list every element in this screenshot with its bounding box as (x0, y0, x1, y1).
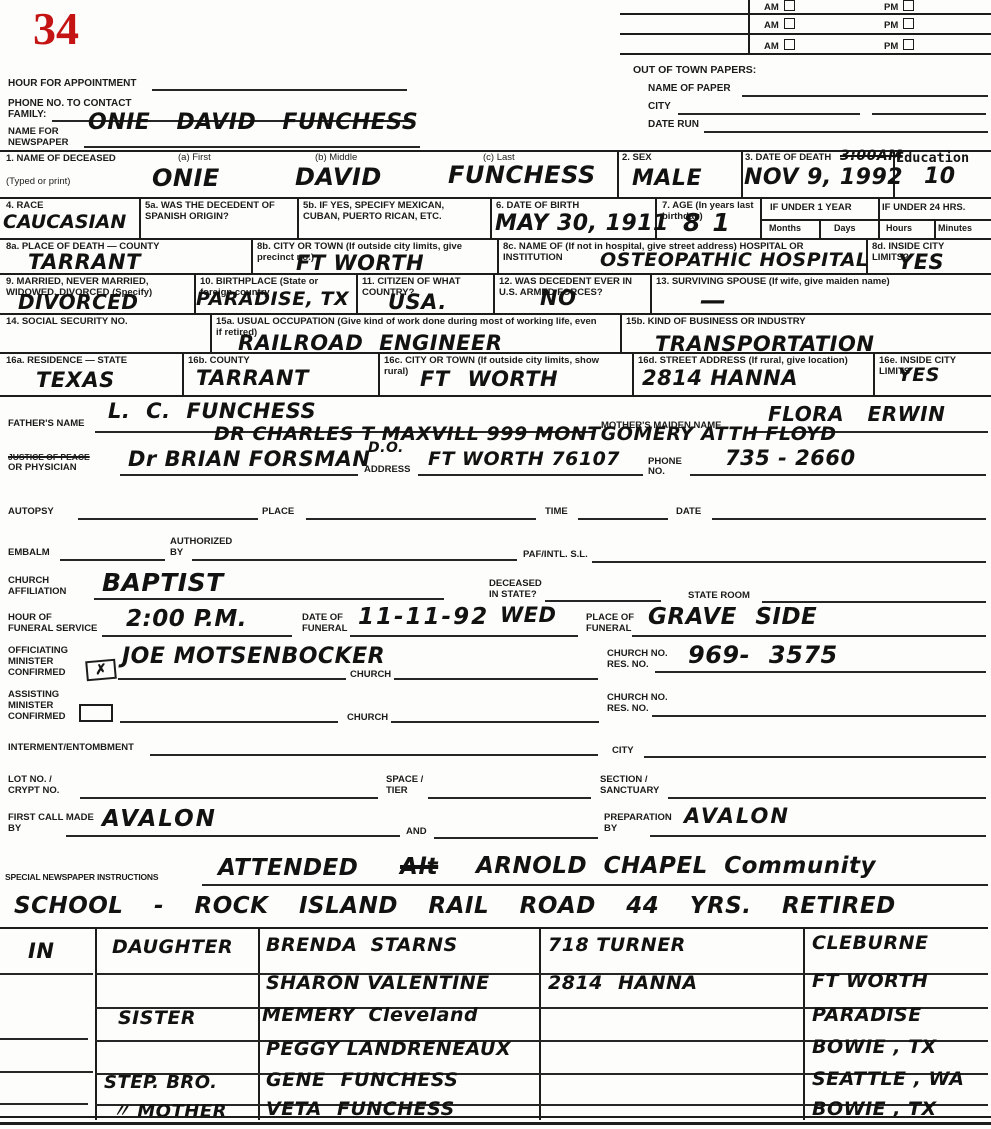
interment-label: INTERMENT/ENTOMBMENT (8, 742, 134, 753)
am-label: AM (764, 2, 779, 13)
physician-value: Dr BRIAN FORSMAN (128, 449, 370, 470)
grid-divider (251, 238, 253, 273)
months-label: Months (769, 223, 801, 234)
instructions-struck-word: Alt (400, 856, 438, 879)
interment-city-blank-line (644, 756, 986, 758)
physician-title-value: D.O. (368, 441, 404, 455)
officiating-minister-value: JOE MOTSENBOCKER (122, 646, 385, 668)
relative-relation: DAUGHTER (112, 938, 233, 957)
relative-relation: SISTER (118, 1009, 196, 1028)
section-blank-line (668, 797, 986, 799)
first-name-value: ONIE (152, 166, 220, 190)
embalm-label: EMBALM (8, 547, 50, 558)
in-state-label: IN STATE? (489, 589, 537, 600)
relative-city: BOWIE , TX (812, 1038, 937, 1057)
in-state-blank-line (545, 600, 661, 602)
authorized-by-blank-line (192, 559, 517, 561)
state-room-blank-line (762, 601, 986, 603)
margin-rule (0, 1038, 88, 1040)
assisting-minister-label: MINISTER (8, 700, 53, 711)
occupation-value: RAILROAD ENGINEER (238, 333, 503, 354)
authorized-label: AUTHORIZED (170, 536, 232, 547)
birthplace-value: PARADISE, TX (196, 290, 349, 309)
assisting-church-blank-line (391, 721, 599, 723)
grid-subdivider (934, 219, 936, 238)
assisting-label: ASSISTING (8, 689, 59, 700)
paf-intl-label: PAF/INTL. S.L. (523, 549, 588, 560)
pm-checkbox-icon (903, 39, 914, 50)
church-label: CHURCH (8, 575, 49, 586)
grid-divider (873, 352, 875, 395)
officiating-name-blank-line (118, 678, 346, 680)
space-label: SPACE / (386, 774, 423, 785)
schedule-row-divider (620, 33, 991, 35)
preparation-by-value: AVALON (684, 806, 790, 827)
grid-divider (760, 197, 762, 238)
interment-city-label: CITY (612, 745, 634, 756)
paf-intl-blank-line (592, 561, 986, 563)
relative-relation: STEP. BRO. (104, 1074, 218, 1092)
officiating-res-no-blank-line (655, 671, 986, 673)
last-name-value: FUNCHESS (448, 163, 596, 187)
or-physician-label: OR PHYSICIAN (8, 462, 77, 473)
funeral-date-value: 11-11-92 (358, 606, 489, 629)
address-blank-line (418, 474, 643, 476)
autopsy-label: AUTOPSY (8, 506, 54, 517)
schedule-column-divider (748, 0, 750, 55)
instructions-line1-a: ATTENDED (218, 857, 358, 880)
residence-limits-value: YES (898, 366, 940, 385)
special-instructions-label: SPECIAL NEWSPAPER INSTRUCTIONS (5, 872, 158, 882)
funeral-hour-blank-line (102, 635, 292, 637)
physician-blank-line (120, 474, 358, 476)
grid-divider (650, 273, 652, 313)
name-of-deceased-sublabel: (Typed or print) (6, 176, 70, 187)
lot-blank-line (80, 797, 378, 799)
pm-label: PM (884, 41, 898, 52)
newspaper-label: NEWSPAPER (8, 137, 69, 148)
funeral-service-label: FUNERAL SERVICE (8, 623, 97, 634)
relative-city: FT WORTH (812, 972, 928, 991)
grid-divider (378, 352, 380, 395)
street-address-label: 16d. STREET ADDRESS (If rural, give loca… (638, 355, 848, 366)
armed-forces-value: NO (540, 288, 576, 309)
relative-name: PEGGY LANDRENEAUX (266, 1040, 511, 1059)
residence-county-value: TARRANT (196, 368, 309, 389)
preparation-by-label: BY (604, 823, 617, 834)
relative-city: CLEBURNE (812, 934, 928, 953)
date-run-label: DATE RUN (648, 119, 699, 131)
date-of-death-value: NOV 9, 1992 (744, 167, 903, 189)
grid-divider (620, 313, 622, 352)
place-of-label: PLACE OF (586, 612, 634, 623)
am-checkbox-icon (784, 39, 795, 50)
industry-value: TRANSPORTATION (655, 334, 874, 355)
funeral-date-blank-line (350, 635, 578, 637)
minutes-label: Minutes (938, 223, 972, 234)
residence-state-value: TEXAS (36, 370, 115, 391)
officiating-label: OFFICIATING (8, 645, 68, 656)
grid-divider (632, 352, 634, 395)
place-of-death-city-value: FT WORTH (296, 253, 424, 274)
city-label: CITY (648, 101, 671, 113)
relative-city: PARADISE (812, 1006, 922, 1025)
grid-divider (741, 150, 743, 197)
education-value: 10 (924, 166, 956, 188)
name-of-deceased-label: 1. NAME OF DECEASED (6, 153, 116, 164)
hospital-value: OSTEOPATHIC HOSPITAL (600, 251, 869, 270)
ssn-label: 14. SOCIAL SECURITY NO. (6, 316, 128, 327)
pm-checkbox-icon (903, 18, 914, 29)
crypt-no-label: CRYPT NO. (8, 785, 59, 796)
autopsy-date-label: DATE (676, 506, 701, 517)
pm-label: PM (884, 2, 898, 13)
relatives-column-divider (539, 929, 541, 1120)
race-label: 4. RACE (6, 200, 43, 211)
residence-city-value: FT WORTH (420, 369, 558, 390)
section-label: SECTION / (600, 774, 648, 785)
date-of-birth-value: MAY 30, 1911 (495, 213, 669, 235)
inside-city-limits-value: YES (898, 252, 944, 273)
out-of-town-title: OUT OF TOWN PAPERS: (633, 64, 756, 76)
hours-label: Hours (886, 223, 912, 234)
phone-value: 735 - 2660 (725, 448, 856, 469)
grid-border (0, 238, 991, 240)
grid-border (0, 197, 991, 199)
days-label: Days (834, 223, 856, 234)
am-label: AM (764, 41, 779, 52)
space-tier-blank-line (428, 797, 591, 799)
autopsy-blank-line (78, 518, 258, 520)
autopsy-place-label: PLACE (262, 506, 294, 517)
tier-label: TIER (386, 785, 408, 796)
authorized-by-label: BY (170, 547, 183, 558)
funeral-label: FUNERAL (302, 623, 347, 634)
affiliation-value: BAPTIST (102, 570, 224, 595)
place-of-death-county-value: TARRANT (28, 252, 141, 273)
citizen-value: USA. (388, 292, 447, 313)
schedule-am-option: AM (764, 39, 795, 52)
industry-label: 15b. KIND OF BUSINESS OR INDUSTRY (626, 316, 806, 327)
assisting-confirmed-label: CONFIRMED (8, 711, 66, 722)
relative-name: MEMERY Cleveland (262, 1006, 478, 1025)
residence-county-label: 16b. COUNTY (188, 355, 250, 366)
embalm-blank-line (60, 559, 165, 561)
middle-name-label: (b) Middle (315, 152, 357, 163)
newspaper-name-value: ONIE DAVID FUNCHESS (88, 112, 418, 134)
relative-name: BRENDA STARNS (266, 936, 458, 955)
first-call-blank-line (66, 835, 400, 837)
sex-label: 2. SEX (622, 152, 652, 163)
funeral-place-blank-line (632, 635, 986, 637)
surviving-spouse-value: — (700, 288, 727, 314)
physician-address-value: FT WORTH 76107 (428, 450, 620, 469)
instructions-line2-rule (0, 927, 988, 929)
assisting-church-no-label: CHURCH NO. (607, 692, 668, 703)
confirmed-checkbox-checked-icon: ✗ (85, 659, 117, 682)
bottom-border (0, 1122, 991, 1125)
schedule-row-divider (620, 13, 991, 15)
race-value: CAUCASIAN (3, 213, 126, 232)
instructions-line2: SCHOOL - ROCK ISLAND RAIL ROAD 44 YRS. R… (14, 895, 896, 918)
grid-divider (878, 197, 880, 238)
confirmed-checkbox-empty-icon (79, 704, 113, 722)
autopsy-time-label: TIME (545, 506, 568, 517)
mortuary-record-form: 34 AM PM AM PM AM PM OUT OF TOWN PAPERS:… (0, 0, 991, 1129)
first-call-by-value: AVALON (102, 808, 217, 831)
instructions-margin-note: IN (28, 941, 54, 962)
name-of-paper-blank-line (742, 95, 988, 97)
assisting-res-no-label: RES. NO. (607, 703, 649, 714)
hour-appointment-blank-line (152, 89, 407, 91)
am-checkbox-icon (784, 0, 795, 11)
and-blank-line (434, 837, 598, 839)
margin-rule (0, 1071, 93, 1073)
grid-border (0, 395, 991, 397)
fathers-name-label: FATHER'S NAME (8, 418, 85, 429)
officiating-confirmed-label: CONFIRMED (8, 667, 66, 678)
relative-city: SEATTLE , WA (812, 1070, 964, 1089)
family-label: FAMILY: (8, 109, 46, 121)
death-time-note: 3:00AM (840, 149, 903, 163)
am-label: AM (764, 20, 779, 31)
grid-divider (617, 150, 619, 197)
officiating-church-label: CHURCH (350, 669, 391, 680)
grid-border (0, 313, 991, 315)
funeral-day-value: WED (500, 605, 556, 626)
city-blank-line (872, 113, 986, 115)
and-label: AND (406, 826, 427, 837)
relative-name: SHARON VALENTINE (266, 974, 490, 993)
officiating-res-no-label: RES. NO. (607, 659, 649, 670)
assisting-name-blank-line (120, 721, 338, 723)
relatives-column-divider (258, 929, 260, 1120)
interment-blank-line (150, 754, 598, 756)
officiating-res-no-value: 969- 3575 (688, 643, 838, 667)
state-room-label: STATE ROOM (688, 590, 750, 601)
autopsy-place-blank-line (306, 518, 536, 520)
assisting-church-label: CHURCH (347, 712, 388, 723)
grid-border (0, 273, 991, 275)
lot-no-label: LOT NO. / (8, 774, 52, 785)
date-of-birth-label: 6. DATE OF BIRTH (496, 200, 579, 211)
if-under-1-year-label: IF UNDER 1 YEAR (770, 202, 852, 213)
first-name-label: (a) First (178, 152, 211, 163)
mothers-maiden-name-value: FLORA ERWIN (768, 404, 945, 424)
name-of-paper-label: NAME OF PAPER (648, 83, 731, 95)
phone-blank-line (690, 474, 986, 476)
relative-address: 2814 HANNA (548, 974, 698, 993)
sanctuary-label: SANCTUARY (600, 785, 659, 796)
surviving-spouse-label: 13. SURVIVING SPOUSE (If wife, give maid… (656, 276, 890, 287)
schedule-pm-option: PM (884, 18, 914, 31)
funeral-place-label: FUNERAL (586, 623, 631, 634)
if-under-24-hrs-label: IF UNDER 24 HRS. (882, 202, 965, 213)
grid-divider (139, 197, 141, 238)
grid-divider (297, 197, 299, 238)
middle-name-value: DAVID (295, 165, 382, 189)
affiliation-blank-line (94, 598, 444, 600)
funeral-place-value: GRAVE SIDE (648, 606, 817, 629)
marital-status-value: DIVORCED (18, 292, 139, 312)
age-value: 81 (683, 210, 742, 235)
schedule-am-option: AM (764, 0, 795, 13)
date-of-label: DATE OF (302, 612, 343, 623)
page-number: 34 (33, 6, 79, 52)
relatives-column-divider (95, 929, 97, 1120)
officiating-minister-label: MINISTER (8, 656, 53, 667)
hour-for-appointment-label: HOUR FOR APPOINTMENT (8, 78, 137, 90)
check-mark-icon: ✗ (94, 661, 107, 678)
schedule-row-divider (620, 53, 991, 55)
newspaper-name-blank-line (84, 146, 420, 148)
pm-label: PM (884, 20, 898, 31)
relative-name: GENE FUNCHESS (266, 1071, 458, 1090)
if-yes-specify-label: 5b. IF YES, SPECIFY MEXICAN, CUBAN, PUER… (303, 200, 473, 222)
relative-relation: 〃 MOTHER (112, 1103, 227, 1121)
relative-address: 718 TURNER (548, 936, 686, 955)
instructions-line1-rule (202, 884, 988, 886)
address-label: ADDRESS (364, 464, 410, 475)
margin-rule (0, 1103, 88, 1105)
margin-rule (0, 973, 93, 975)
grid-divider (182, 352, 184, 395)
bottom-border (0, 1116, 991, 1118)
schedule-am-option: AM (764, 18, 795, 31)
phone-no-label: NO. (648, 466, 665, 477)
am-checkbox-icon (784, 18, 795, 29)
spanish-origin-label: 5a. WAS THE DECEDENT OF SPANISH ORIGIN? (145, 200, 291, 222)
schedule-pm-option: PM (884, 39, 914, 52)
street-address-value: 2814 HANNA (642, 368, 798, 389)
sex-value: MALE (632, 168, 702, 190)
affiliation-label: AFFILIATION (8, 586, 66, 597)
date-of-death-label: 3. DATE OF DEATH (745, 152, 831, 163)
grid-subdivider (819, 219, 821, 238)
hour-of-label: HOUR OF (8, 612, 52, 623)
grid-divider (210, 313, 212, 352)
autopsy-time-blank-line (578, 518, 668, 520)
first-call-made-label: FIRST CALL MADE (8, 812, 94, 823)
funeral-hour-value: 2:00 P.M. (126, 608, 247, 631)
justice-of-peace-label: JUSTICE OF PEACE (8, 452, 90, 462)
grid-divider (356, 273, 358, 313)
schedule-pm-option: PM (884, 0, 914, 13)
first-call-by-label: BY (8, 823, 21, 834)
deceased-label: DECEASED (489, 578, 542, 589)
grid-divider (490, 197, 492, 238)
officiating-church-no-label: CHURCH NO. (607, 648, 668, 659)
autopsy-date-blank-line (712, 518, 986, 520)
grid-divider (497, 238, 499, 273)
name-for-label: NAME FOR (8, 126, 59, 137)
date-run-blank-line (704, 131, 988, 133)
assisting-res-no-blank-line (652, 715, 986, 717)
pm-checkbox-icon (903, 0, 914, 11)
instructions-line1-b: ARNOLD CHAPEL Community (476, 855, 876, 878)
city-blank-line (678, 113, 860, 115)
grid-divider (493, 273, 495, 313)
officiating-church-blank-line (394, 678, 598, 680)
doctor-note-value: DR CHARLES T MAXVILL 999 MONTGOMERY ATTH… (214, 425, 837, 444)
preparation-blank-line (650, 835, 986, 837)
relatives-column-divider (803, 929, 805, 1120)
preparation-label: PREPARATION (604, 812, 672, 823)
fathers-name-value: L. C. FUNCHESS (108, 401, 316, 422)
residence-state-label: 16a. RESIDENCE — STATE (6, 355, 127, 366)
